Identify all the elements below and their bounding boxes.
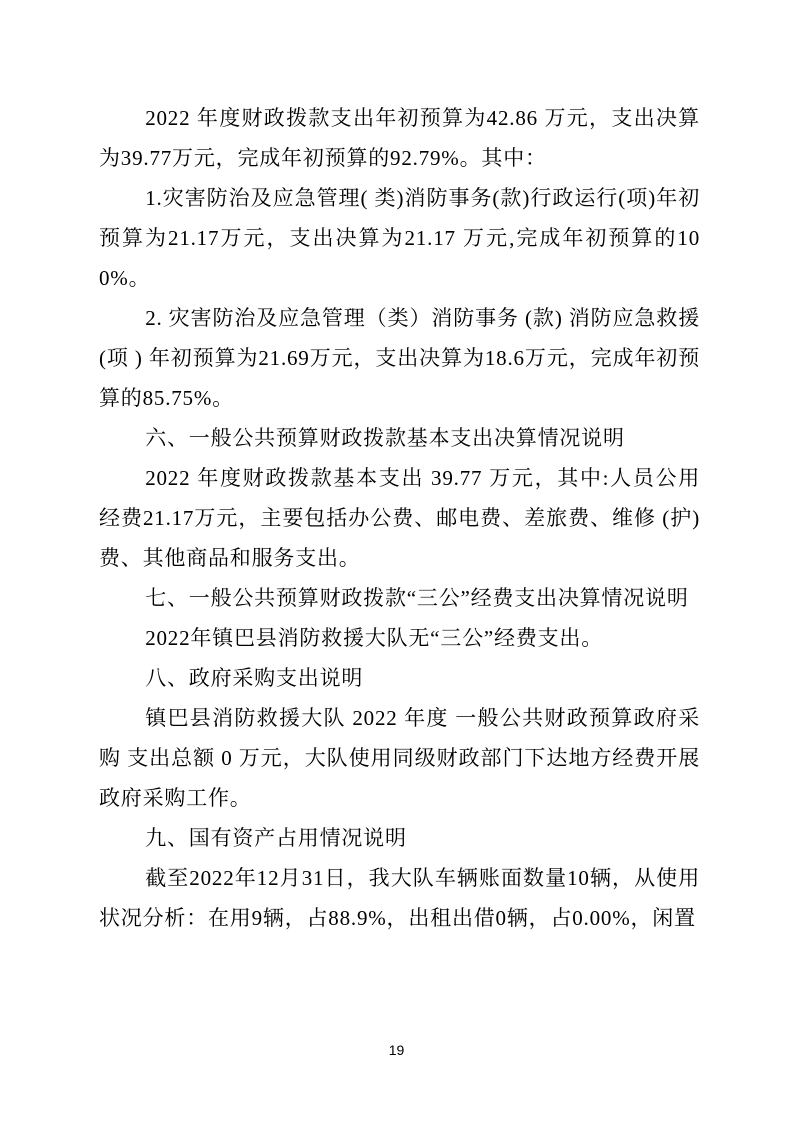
paragraph-government-procurement: 镇巴县消防救援大队 2022 年度 一般公共财政预算政府采购 支出总额 0 万元… <box>99 698 700 818</box>
heading-section-nine: 九、国有资产占用情况说明 <box>99 818 700 858</box>
document-page: 2022 年度财政拨款支出年初预算为42.86 万元，支出决算为39.77万元，… <box>0 0 793 1122</box>
paragraph-state-assets-vehicles: 截至2022年12月31日，我大队车辆账面数量10辆，从使用状况分析：在用9辆，… <box>99 858 700 938</box>
page-footer: 19 <box>0 1042 793 1060</box>
paragraph-basic-expenditure-detail: 2022 年度财政拨款基本支出 39.77 万元，其中:人员公用经费21.17万… <box>99 458 700 578</box>
document-body: 2022 年度财政拨款支出年初预算为42.86 万元，支出决算为39.77万元，… <box>99 98 700 938</box>
heading-section-seven: 七、一般公共预算财政拨款“三公”经费支出决算情况说明 <box>99 578 700 618</box>
heading-section-eight: 八、政府采购支出说明 <box>99 658 700 698</box>
page-number: 19 <box>389 1042 405 1058</box>
paragraph-three-public-funds: 2022年镇巴县消防救援大队无“三公”经费支出。 <box>99 618 700 658</box>
paragraph-fiscal-expenditure-summary: 2022 年度财政拨款支出年初预算为42.86 万元，支出决算为39.77万元，… <box>99 98 700 178</box>
paragraph-item1-admin-operation: 1.灾害防治及应急管理( 类)消防事务(款)行政运行(项)年初预算为21.17万… <box>99 178 700 298</box>
paragraph-item2-emergency-rescue: 2. 灾害防治及应急管理（类）消防事务 (款) 消防应急救援 (项 ) 年初预算… <box>99 298 700 418</box>
heading-section-six: 六、一般公共预算财政拨款基本支出决算情况说明 <box>99 418 700 458</box>
